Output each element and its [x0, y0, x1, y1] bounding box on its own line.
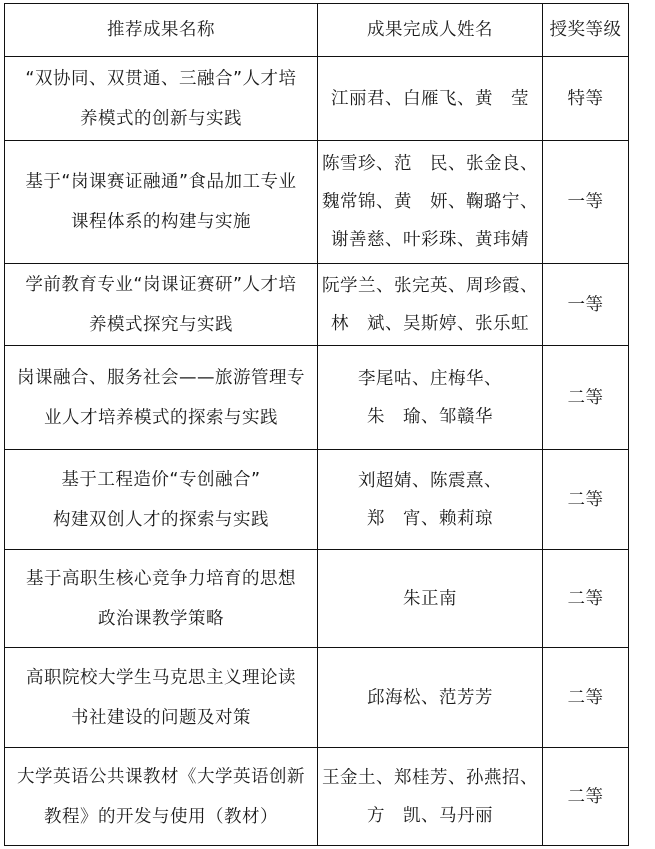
title-line: 业人才培养模式的探索与实践 [9, 398, 313, 438]
table-row: 基于工程造价“专创融合” 构建双创人才的探索与实践 刘超婧、陈震熹、 郑 宵、赖… [5, 450, 629, 550]
title-line: 基于“岗课赛证融通”食品加工专业 [9, 162, 313, 202]
title-line: 政治课教学策略 [9, 599, 313, 639]
achievement-title: 大学英语公共课教材《大学英语创新 教程》的开发与使用（教材） [5, 748, 318, 846]
achievement-title: 基于高职生核心竞争力培育的思想 政治课教学策略 [5, 550, 318, 648]
title-line: “双协同、双贯通、三融合”人才培 [9, 59, 313, 99]
title-line: 养模式的创新与实践 [9, 99, 313, 139]
table-row: 大学英语公共课教材《大学英语创新 教程》的开发与使用（教材） 王金土、郑桂芳、孙… [5, 748, 629, 846]
table-row: 基于“岗课赛证融通”食品加工专业 课程体系的构建与实施 陈雪珍、范 民、张金良、… [5, 141, 629, 264]
names-line: 阮学兰、张完英、周珍霞、 [322, 267, 538, 305]
achievement-title: “双协同、双贯通、三融合”人才培 养模式的创新与实践 [5, 57, 318, 141]
table-row: 基于高职生核心竞争力培育的思想 政治课教学策略 朱正南 二等 [5, 550, 629, 648]
names-line: 王金土、郑桂芳、孙燕招、 [322, 759, 538, 797]
completers: 邱海松、范芳芳 [318, 648, 543, 748]
title-line: 大学英语公共课教材《大学英语创新 [9, 757, 313, 797]
awards-table: 推荐成果名称 成果完成人姓名 授奖等级 “双协同、双贯通、三融合”人才培 养模式… [4, 3, 629, 846]
names-line: 江丽君、白雁飞、黄 莹 [322, 80, 538, 118]
table-row: 岗课融合、服务社会——旅游管理专 业人才培养模式的探索与实践 李尾咕、庄梅华、 … [5, 346, 629, 450]
award-level: 二等 [543, 450, 629, 550]
names-line: 李尾咕、庄梅华、 [322, 360, 538, 398]
title-line: 书社建设的问题及对策 [9, 698, 313, 738]
completers: 刘超婧、陈震熹、 郑 宵、赖莉琼 [318, 450, 543, 550]
names-line: 谢善慈、叶彩珠、黄玮婧 [322, 221, 538, 259]
title-line: 高职院校大学生马克思主义理论读 [9, 658, 313, 698]
names-line: 林 斌、吴斯婷、张乐虹 [322, 305, 538, 343]
achievement-title: 高职院校大学生马克思主义理论读 书社建设的问题及对策 [5, 648, 318, 748]
title-line: 养模式探究与实践 [9, 305, 313, 345]
names-line: 魏常锦、黄 妍、鞠璐宁、 [322, 183, 538, 221]
achievement-title: 基于工程造价“专创融合” 构建双创人才的探索与实践 [5, 450, 318, 550]
award-level: 特等 [543, 57, 629, 141]
award-level: 二等 [543, 748, 629, 846]
names-line: 邱海松、范芳芳 [322, 679, 538, 717]
names-line: 郑 宵、赖莉琼 [322, 500, 538, 538]
header-title: 推荐成果名称 [5, 4, 318, 57]
table-row: 学前教育专业“岗课证赛研”人才培 养模式探究与实践 阮学兰、张完英、周珍霞、 林… [5, 264, 629, 346]
header-row: 推荐成果名称 成果完成人姓名 授奖等级 [5, 4, 629, 57]
achievement-title: 岗课融合、服务社会——旅游管理专 业人才培养模式的探索与实践 [5, 346, 318, 450]
completers: 王金土、郑桂芳、孙燕招、 方 凯、马丹丽 [318, 748, 543, 846]
names-line: 朱正南 [322, 580, 538, 618]
award-level: 一等 [543, 141, 629, 264]
title-line: 岗课融合、服务社会——旅游管理专 [9, 358, 313, 398]
names-line: 陈雪珍、范 民、张金良、 [322, 145, 538, 183]
completers: 陈雪珍、范 民、张金良、 魏常锦、黄 妍、鞠璐宁、 谢善慈、叶彩珠、黄玮婧 [318, 141, 543, 264]
completers: 朱正南 [318, 550, 543, 648]
completers: 江丽君、白雁飞、黄 莹 [318, 57, 543, 141]
completers: 李尾咕、庄梅华、 朱 瑜、邹赣华 [318, 346, 543, 450]
title-line: 教程》的开发与使用（教材） [9, 797, 313, 837]
award-level: 一等 [543, 264, 629, 346]
award-level: 二等 [543, 648, 629, 748]
header-level: 授奖等级 [543, 4, 629, 57]
names-line: 方 凯、马丹丽 [322, 797, 538, 835]
header-names: 成果完成人姓名 [318, 4, 543, 57]
title-line: 学前教育专业“岗课证赛研”人才培 [9, 265, 313, 305]
achievement-title: 基于“岗课赛证融通”食品加工专业 课程体系的构建与实施 [5, 141, 318, 264]
completers: 阮学兰、张完英、周珍霞、 林 斌、吴斯婷、张乐虹 [318, 264, 543, 346]
award-level: 二等 [543, 346, 629, 450]
names-line: 刘超婧、陈震熹、 [322, 462, 538, 500]
names-line: 朱 瑜、邹赣华 [322, 398, 538, 436]
achievement-title: 学前教育专业“岗课证赛研”人才培 养模式探究与实践 [5, 264, 318, 346]
award-level: 二等 [543, 550, 629, 648]
table-row: “双协同、双贯通、三融合”人才培 养模式的创新与实践 江丽君、白雁飞、黄 莹 特… [5, 57, 629, 141]
title-line: 基于高职生核心竞争力培育的思想 [9, 559, 313, 599]
table-row: 高职院校大学生马克思主义理论读 书社建设的问题及对策 邱海松、范芳芳 二等 [5, 648, 629, 748]
title-line: 课程体系的构建与实施 [9, 202, 313, 242]
title-line: 基于工程造价“专创融合” [9, 460, 313, 500]
title-line: 构建双创人才的探索与实践 [9, 500, 313, 540]
